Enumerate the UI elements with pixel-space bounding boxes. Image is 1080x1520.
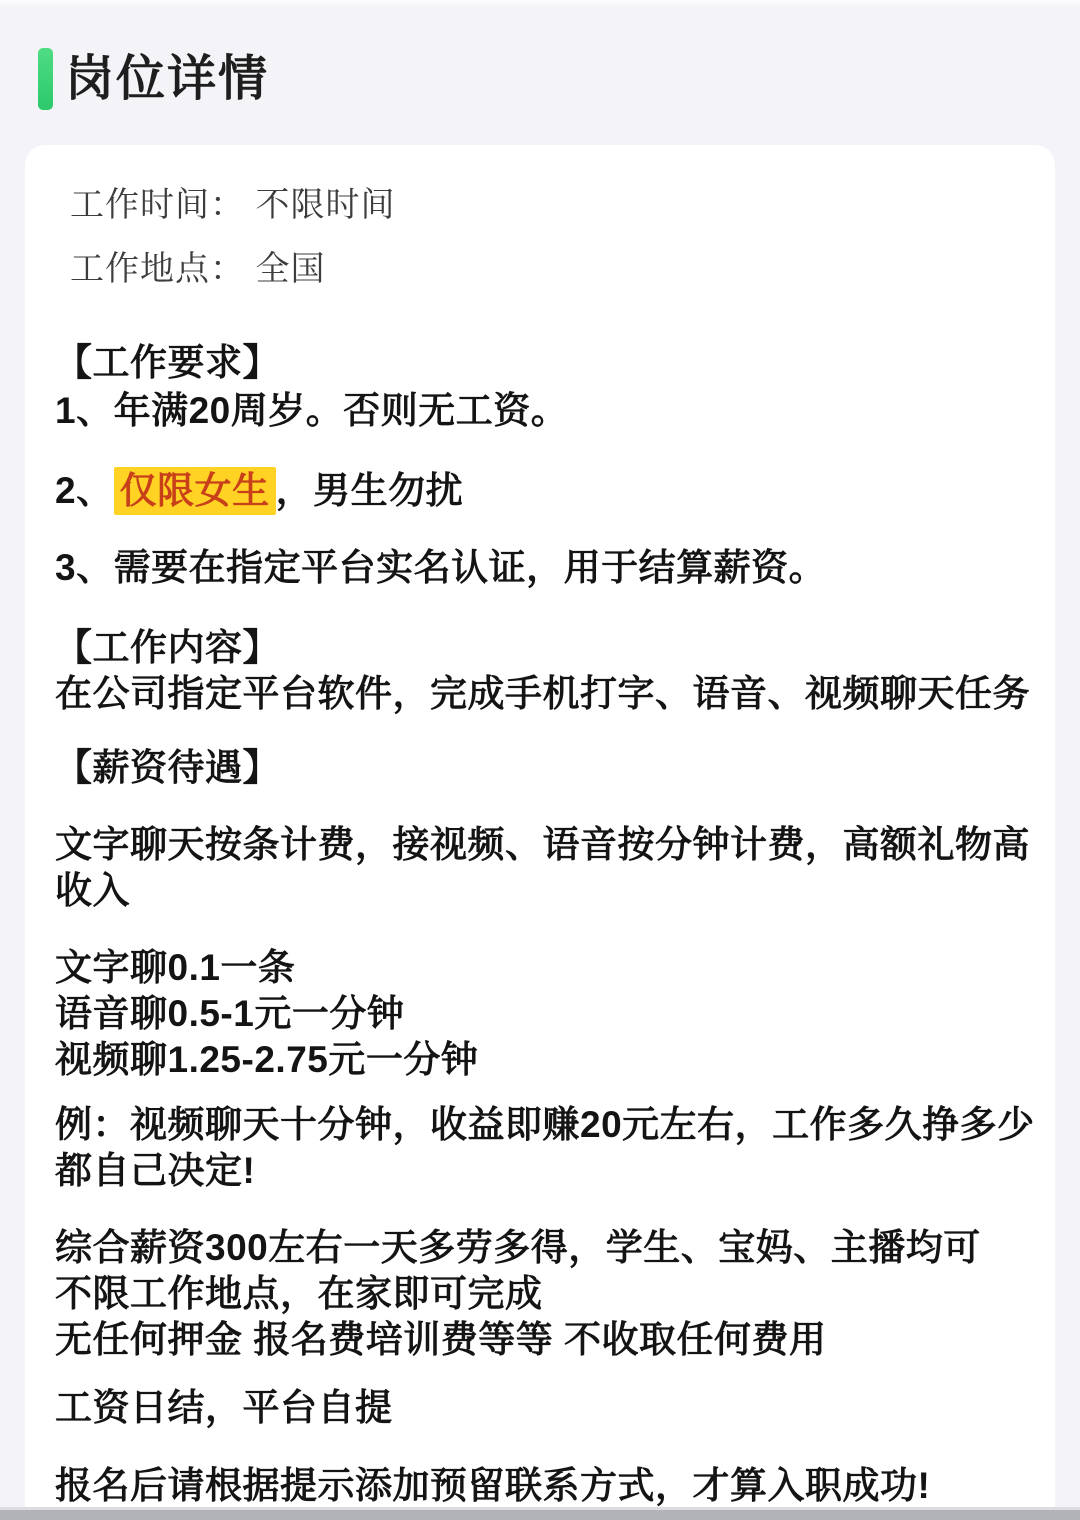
requirement-item-2-suffix: ，男生勿扰 xyxy=(276,470,464,511)
salary-payout: 工资日结，平台自提 xyxy=(55,1385,1040,1431)
requirement-item-2-highlight: 仅限女生 xyxy=(114,467,276,515)
job-detail-card: 工作时间： 不限时间 工作地点： 全国 【工作要求】 1、年满20周岁。否则无工… xyxy=(25,145,1055,1510)
section-accent-bar xyxy=(38,48,53,110)
salary-rates: 文字聊0.1一条 语音聊0.5-1元一分钟 视频聊1.25-2.75元一分钟 xyxy=(55,945,1040,1083)
salary-example: 例：视频聊天十分钟，收益即赚20元左右，工作多久挣多少都自己决定! xyxy=(55,1102,1040,1194)
salary-intro: 文字聊天按条计费，接视频、语音按分钟计费，高额礼物高收入 xyxy=(55,822,1040,914)
bottom-divider-bar xyxy=(0,1510,1080,1520)
page-header: 岗位详情 xyxy=(38,48,269,110)
requirement-item-3: 3、需要在指定平台实名认证，用于结算薪资。 xyxy=(55,545,1040,591)
requirement-item-2-prefix: 2、 xyxy=(55,470,114,511)
requirement-item-1: 1、年满20周岁。否则无工资。 xyxy=(55,388,1040,434)
work-place-line: 工作地点： 全国 xyxy=(70,247,1045,291)
top-edge-strip xyxy=(0,0,1080,5)
content-body: 在公司指定平台软件，完成手机打字、语音、视频聊天任务 xyxy=(55,671,1040,717)
salary-summary: 综合薪资300左右一天多劳多得，学生、宝妈、主播均可 不限工作地点，在家即可完成… xyxy=(55,1225,1040,1363)
page-title: 岗位详情 xyxy=(65,48,269,110)
content-heading: 【工作内容】 xyxy=(55,625,1040,671)
signup-note: 报名后请根据提示添加预留联系方式，才算入职成功! xyxy=(55,1463,1040,1509)
requirements-heading: 【工作要求】 xyxy=(55,340,1040,386)
requirement-item-2: 2、仅限女生，男生勿扰 xyxy=(55,468,1040,514)
work-time-line: 工作时间： 不限时间 xyxy=(70,183,1045,227)
salary-heading: 【薪资待遇】 xyxy=(55,745,1040,791)
